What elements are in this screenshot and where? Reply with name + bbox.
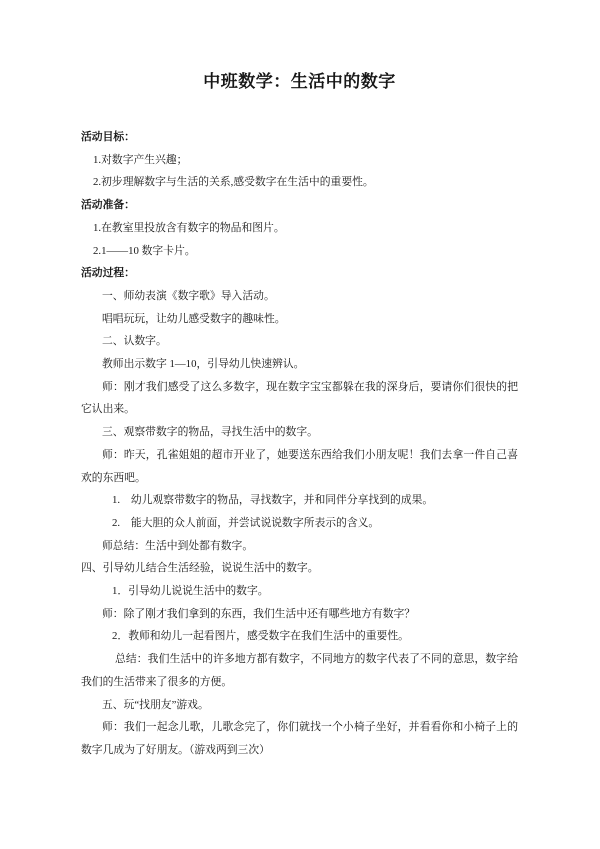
paragraph: 师总结：生活中到处都有数字。 [81,535,518,558]
paragraph: 总结：我们生活中的许多地方都有数字，不同地方的数字代表了不同的意思，数字给我们的… [81,648,518,693]
paragraph: 活动目标： [81,126,518,149]
paragraph: 活动准备： [81,194,518,217]
paragraph: 活动过程： [81,262,518,285]
paragraph: 2.1——10 数字卡片。 [81,240,518,263]
paragraph: 2. 能大胆的众人前面，并尝试说说数字所表示的含义。 [81,512,518,535]
document-title: 中班数学：生活中的数字 [81,70,518,93]
paragraph: 1．引导幼儿说说生活中的数字。 [81,580,518,603]
paragraph: 唱唱玩玩，让幼儿感受数字的趣味性。 [81,308,518,331]
document-page: 中班数学：生活中的数字 活动目标：1.对数字产生兴趣；2.初步理解数字与生活的关… [0,0,600,849]
paragraph: 1. 幼儿观察带数字的物品，寻找数字，并和同伴分享找到的成果。 [81,489,518,512]
paragraph: 2．教师和幼儿一起看图片，感受数字在我们生活中的重要性。 [81,625,518,648]
paragraph: 二、认数字。 [81,330,518,353]
paragraph: 五、玩“找朋友”游戏。 [81,694,518,717]
paragraph: 1.对数字产生兴趣； [81,149,518,172]
document-content: 中班数学：生活中的数字 活动目标：1.对数字产生兴趣；2.初步理解数字与生活的关… [81,70,518,762]
paragraph: 师：除了刚才我们拿到的东西，我们生活中还有哪些地方有数字？ [81,603,518,626]
paragraph: 师：我们一起念儿歌，儿歌念完了，你们就找一个小椅子坐好，并看看你和小椅子上的数字… [81,716,518,761]
paragraph: 三、观察带数字的物品，寻找生活中的数字。 [81,421,518,444]
paragraph: 教师出示数字 1—10，引导幼儿快速辨认。 [81,353,518,376]
paragraph: 2.初步理解数字与生活的关系,感受数字在生活中的重要性。 [81,171,518,194]
paragraph: 师：昨天，孔雀姐姐的超市开业了，她要送东西给我们小朋友呢！我们去拿一件自己喜欢的… [81,444,518,489]
paragraph: 1.在教室里投放含有数字的物品和图片。 [81,217,518,240]
paragraph: 四、引导幼儿结合生活经验，说说生活中的数字。 [81,557,518,580]
paragraph: 师：刚才我们感受了这么多数字，现在数字宝宝都躲在我的深身后，要请你们很快的把它认… [81,376,518,421]
paragraph: 一、师幼表演《数字歌》导入活动。 [81,285,518,308]
paragraph-list: 活动目标：1.对数字产生兴趣；2.初步理解数字与生活的关系,感受数字在生活中的重… [81,126,518,762]
